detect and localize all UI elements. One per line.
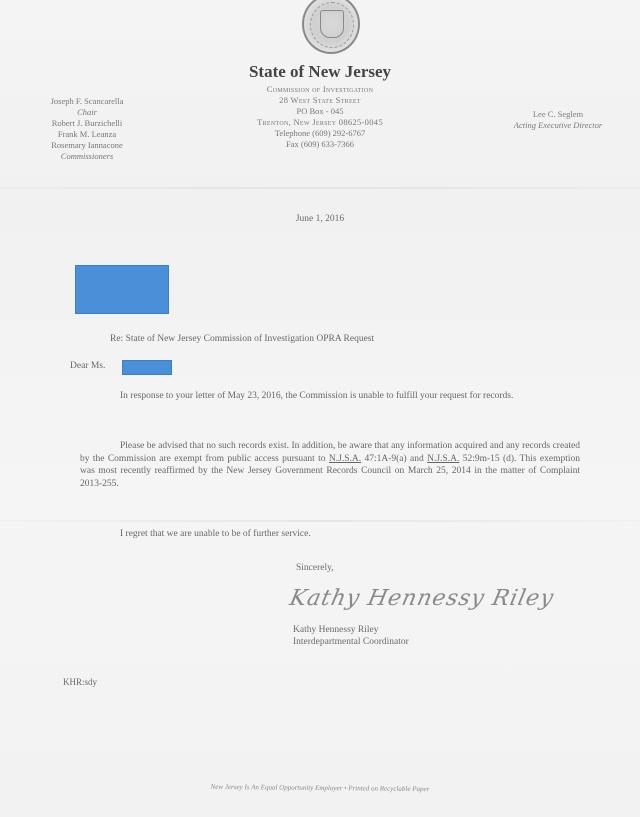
closing: Sincerely, [296,563,334,573]
typist-initials: KHR:sdy [63,677,97,687]
state-seal-icon [302,0,360,54]
commissioner-title: Commissioners [22,151,152,162]
letterhead-center: State of New Jersey Commission of Invest… [200,62,440,150]
statute-citation: N.J.S.A. [329,454,361,464]
statute-citation: N.J.S.A. [427,454,459,464]
director-title: Acting Executive Director [488,120,628,131]
footer-note: New Jersey Is An Equal Opportunity Emplo… [0,781,640,796]
agency-name: Commission of Investigation [200,84,440,95]
commissioner-name: Joseph F. Scancarella [22,96,152,107]
paper-fold-line [0,520,640,522]
address-line: PO Box - 045 [200,106,440,117]
address-line: Trenton, New Jersey 08625-0045 [200,117,440,128]
scanned-letter-page: Joseph F. Scancarella Chair Robert J. Bu… [0,0,640,817]
signer-name: Kathy Hennessy Riley [293,624,409,636]
commissioner-name: Robert J. Burzichelli [22,118,152,129]
body-paragraph: Please be advised that no such records e… [80,440,580,490]
redacted-recipient-name [122,360,172,375]
paper-fold-line [0,187,640,189]
address-line: 28 West State Street [200,95,440,106]
telephone: Telephone (609) 292-6767 [200,128,440,139]
redacted-recipient-address [75,265,169,314]
body-paragraph: I regret that we are unable to be of fur… [80,528,580,541]
salutation: Dear Ms. [70,361,105,371]
subject-line: Re: State of New Jersey Commission of In… [110,334,374,344]
commissioner-title: Chair [22,107,152,118]
commissioner-name: Frank M. Leanza [22,129,152,140]
commissioners-list: Joseph F. Scancarella Chair Robert J. Bu… [22,96,152,162]
commissioner-name: Rosemary Iannacone [22,140,152,151]
body-paragraph: In response to your letter of May 23, 20… [80,390,580,403]
signer-block: Kathy Hennessy Riley Interdepartmental C… [293,624,409,648]
executive-director: Lee C. Seglem Acting Executive Director [488,109,628,131]
fax: Fax (609) 633-7366 [200,139,440,150]
signer-title: Interdepartmental Coordinator [293,636,409,648]
handwritten-signature: Kathy Hennessy Riley [287,586,556,611]
director-name: Lee C. Seglem [488,109,628,120]
letter-date: June 1, 2016 [0,214,640,224]
state-name: State of New Jersey [200,62,440,82]
